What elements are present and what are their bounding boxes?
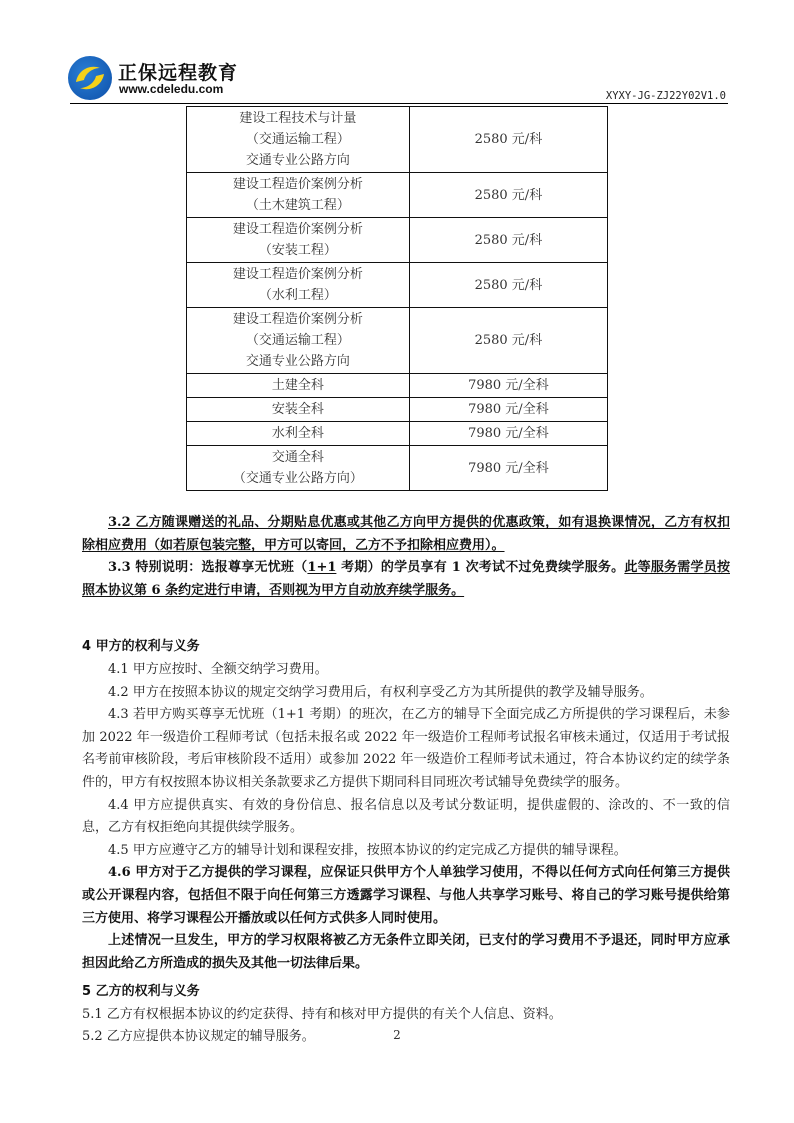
header-divider [70,103,728,104]
course-name-line: 土建全科 [191,375,405,396]
clause-4-6-consequence: 上述情况一旦发生，甲方的学习权限将被乙方无条件立即关闭，已支付的学习费用不予退还… [82,930,730,975]
course-name-line: 建设工程技术与计量 [191,108,405,129]
price-cell: 2580 元/科 [409,218,607,263]
course-name-cell: 建设工程造价案例分析（安装工程） [187,218,410,263]
document-code: XYXY-JG-ZJ22Y02V1.0 [606,90,726,102]
table-row: 建设工程造价案例分析（土木建筑工程）2580 元/科 [187,173,608,218]
clause-4-1: 4.1 甲方应按时、全额交纳学习费用。 [82,659,730,682]
price-table: 建设工程技术与计量（交通运输工程）交通专业公路方向2580 元/科建设工程造价案… [186,106,608,491]
clause-5-1: 5.1 乙方有权根据本协议的约定获得、持有和核对甲方提供的有关个人信息、资料。 [82,1004,730,1027]
price-cell: 2580 元/科 [409,173,607,218]
brand-url: www.cdeledu.com [119,82,223,96]
price-cell: 2580 元/科 [409,308,607,374]
course-name-line: 交通全科 [191,447,405,468]
course-name-line: 建设工程造价案例分析 [191,219,405,240]
table-row: 建设工程造价案例分析（安装工程）2580 元/科 [187,218,608,263]
page-number: 2 [0,1028,794,1042]
table-row: 土建全科7980 元/全科 [187,374,608,398]
course-name-cell: 建设工程技术与计量（交通运输工程）交通专业公路方向 [187,107,410,173]
price-cell: 2580 元/科 [409,107,607,173]
course-name-line: （交通运输工程） [191,129,405,150]
table-row: 安装全科7980 元/全科 [187,398,608,422]
clause-4-4: 4.4 甲方应提供真实、有效的身份信息、报名信息以及考试分数证明，提供虚假的、涂… [82,795,730,840]
table-row: 建设工程造价案例分析（水利工程）2580 元/科 [187,263,608,308]
course-name-line: 安装全科 [191,399,405,420]
clause-4-2: 4.2 甲方在按照本协议的规定交纳学习费用后，有权利享受乙方为其所提供的教学及辅… [82,682,730,705]
clause-3-3-term: 1+1 [307,560,336,575]
course-name-cell: 建设工程造价案例分析（水利工程） [187,263,410,308]
page-header: 正保远程教育 www.cdeledu.com XYXY-JG-ZJ22Y02V1… [68,56,728,102]
course-name-cell: 土建全科 [187,374,410,398]
course-name-line: 建设工程造价案例分析 [191,174,405,195]
course-name-line: （土木建筑工程） [191,195,405,216]
course-name-line: （交通专业公路方向） [191,468,405,489]
course-name-line: 交通专业公路方向 [191,150,405,171]
course-name-cell: 安装全科 [187,398,410,422]
clause-3-3-text: 3.3 特别说明：选报尊享无忧班（ [108,560,307,575]
table-row: 交通全科（交通专业公路方向）7980 元/全科 [187,446,608,491]
document-body: 3.2 乙方随课赠送的礼品、分期贴息优惠或其他乙方向甲方提供的优惠政策，如有退换… [82,512,730,1049]
course-name-cell: 水利全科 [187,422,410,446]
course-name-cell: 建设工程造价案例分析（交通运输工程）交通专业公路方向 [187,308,410,374]
section-4-title: 4 甲方的权利与义务 [82,636,730,659]
clause-4-6: 4.6 甲方对于乙方提供的学习课程，应保证只供甲方个人单独学习使用，不得以任何方… [82,862,730,930]
course-name-cell: 建设工程造价案例分析（土木建筑工程） [187,173,410,218]
course-name-line: 交通专业公路方向 [191,351,405,372]
clause-3-3-text: 考期）的学员享有 1 次考试不过免费续学服务。 [336,560,624,575]
course-name-line: （安装工程） [191,240,405,261]
table-row: 建设工程技术与计量（交通运输工程）交通专业公路方向2580 元/科 [187,107,608,173]
course-name-line: （交通运输工程） [191,330,405,351]
clause-4-5: 4.5 甲方应遵守乙方的辅导计划和课程安排，按照本协议的约定完成乙方提供的辅导课… [82,840,730,863]
price-cell: 7980 元/全科 [409,398,607,422]
course-name-line: （水利工程） [191,285,405,306]
course-name-line: 建设工程造价案例分析 [191,264,405,285]
course-name-line: 建设工程造价案例分析 [191,309,405,330]
brand-name: 正保远程教育 [118,58,238,85]
clause-4-3: 4.3 若甲方购买尊享无忧班（1+1 考期）的班次，在乙方的辅导下全面完成乙方所… [82,704,730,794]
table-row: 水利全科7980 元/全科 [187,422,608,446]
price-cell: 7980 元/全科 [409,422,607,446]
clause-3-2: 3.2 乙方随课赠送的礼品、分期贴息优惠或其他乙方向甲方提供的优惠政策，如有退换… [82,512,730,557]
price-cell: 2580 元/科 [409,263,607,308]
course-name-cell: 交通全科（交通专业公路方向） [187,446,410,491]
logo-icon [68,56,112,100]
course-name-line: 水利全科 [191,423,405,444]
price-cell: 7980 元/全科 [409,374,607,398]
price-cell: 7980 元/全科 [409,446,607,491]
table-row: 建设工程造价案例分析（交通运输工程）交通专业公路方向2580 元/科 [187,308,608,374]
clause-3-3: 3.3 特别说明：选报尊享无忧班（1+1 考期）的学员享有 1 次考试不过免费续… [82,557,730,602]
section-5-title: 5 乙方的权利与义务 [82,981,730,1004]
